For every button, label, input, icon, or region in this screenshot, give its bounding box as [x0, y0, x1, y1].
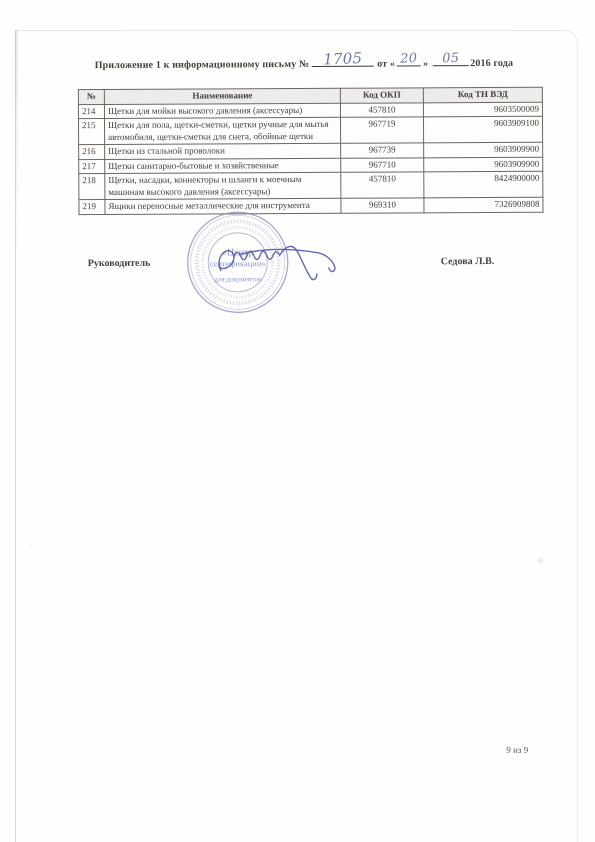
row-name: Щетки для пола, щетки-сметки, щетки ручн… — [104, 117, 340, 144]
round-stamp: «Центр сертификации» для документов — [180, 208, 349, 321]
handwritten-letter-number: 1705 — [312, 49, 375, 69]
title-year-suffix: 2016 года — [470, 58, 513, 69]
row-okp: 967719 — [340, 117, 423, 143]
scan-speck — [30, 545, 33, 548]
handwritten-month: 05 — [432, 50, 469, 66]
page-number: 9 из 9 — [506, 745, 528, 755]
row-tnved: 8424900000 — [424, 171, 543, 198]
row-okp: 967739 — [341, 143, 424, 158]
row-name: Щетки из стальной проволоки — [105, 143, 341, 159]
role-label: Руководитель — [88, 258, 151, 269]
row-num: 216 — [79, 145, 105, 160]
day-blank: 20 — [397, 55, 421, 66]
row-num: 217 — [79, 159, 105, 174]
title-close-quote: » — [423, 58, 428, 69]
row-okp: 457810 — [341, 172, 424, 198]
row-num: 215 — [78, 119, 104, 145]
stamp-and-signature: «Центр сертификации» для документов — [180, 208, 349, 321]
row-tnved: 7326909808 — [424, 197, 543, 212]
signee-name: Седова Л.В. — [441, 256, 495, 267]
row-tnved: 9603909900 — [424, 142, 543, 157]
table-row: 218 Щетки, насадки, коннекторы и шланги … — [79, 171, 543, 199]
row-name: Щетки для мойки высокого давления (аксес… — [104, 103, 340, 119]
title-prefix: Приложение 1 к информационному письму № — [95, 59, 310, 71]
row-tnved: 9603500009 — [423, 102, 542, 117]
row-name: Щетки санитарно-бытовые и хозяйственные — [105, 158, 341, 174]
header-cell-num: № — [78, 90, 104, 105]
letter-number-blank: 1705 — [312, 56, 374, 67]
row-num: 219 — [79, 200, 105, 215]
row-num: 218 — [79, 174, 105, 200]
table-row: 215 Щетки для пола, щетки-сметки, щетки … — [78, 116, 542, 144]
table-body: 214 Щетки для мойки высокого давления (а… — [78, 102, 543, 214]
row-okp: 967710 — [341, 157, 424, 172]
codes-table: № Наименование Код ОКП Код ТН ВЭД 214 Ще… — [78, 87, 544, 215]
row-name: Щетки, насадки, коннекторы и шланги к мо… — [105, 172, 341, 199]
header-cell-name: Наименование — [104, 88, 340, 104]
header-cell-okp: Код ОКП — [340, 88, 423, 103]
stamp-line3: для документов — [214, 275, 262, 283]
document-content: Приложение 1 к информационному письму №1… — [0, 0, 595, 842]
title-ot: от « — [377, 59, 395, 70]
month-blank: 05 — [432, 55, 468, 66]
handwritten-day: 20 — [397, 51, 422, 67]
row-okp: 457810 — [340, 102, 423, 117]
scan-speck — [538, 558, 543, 563]
document-title-line: Приложение 1 к информационному письму №1… — [95, 55, 555, 71]
row-okp: 969310 — [341, 198, 424, 213]
scanned-page: Приложение 1 к информационному письму №1… — [0, 0, 595, 842]
header-cell-tnved: Код ТН ВЭД — [423, 87, 542, 102]
row-num: 214 — [78, 104, 104, 119]
row-tnved: 9603909100 — [423, 116, 542, 143]
row-tnved: 9603909900 — [424, 157, 543, 172]
